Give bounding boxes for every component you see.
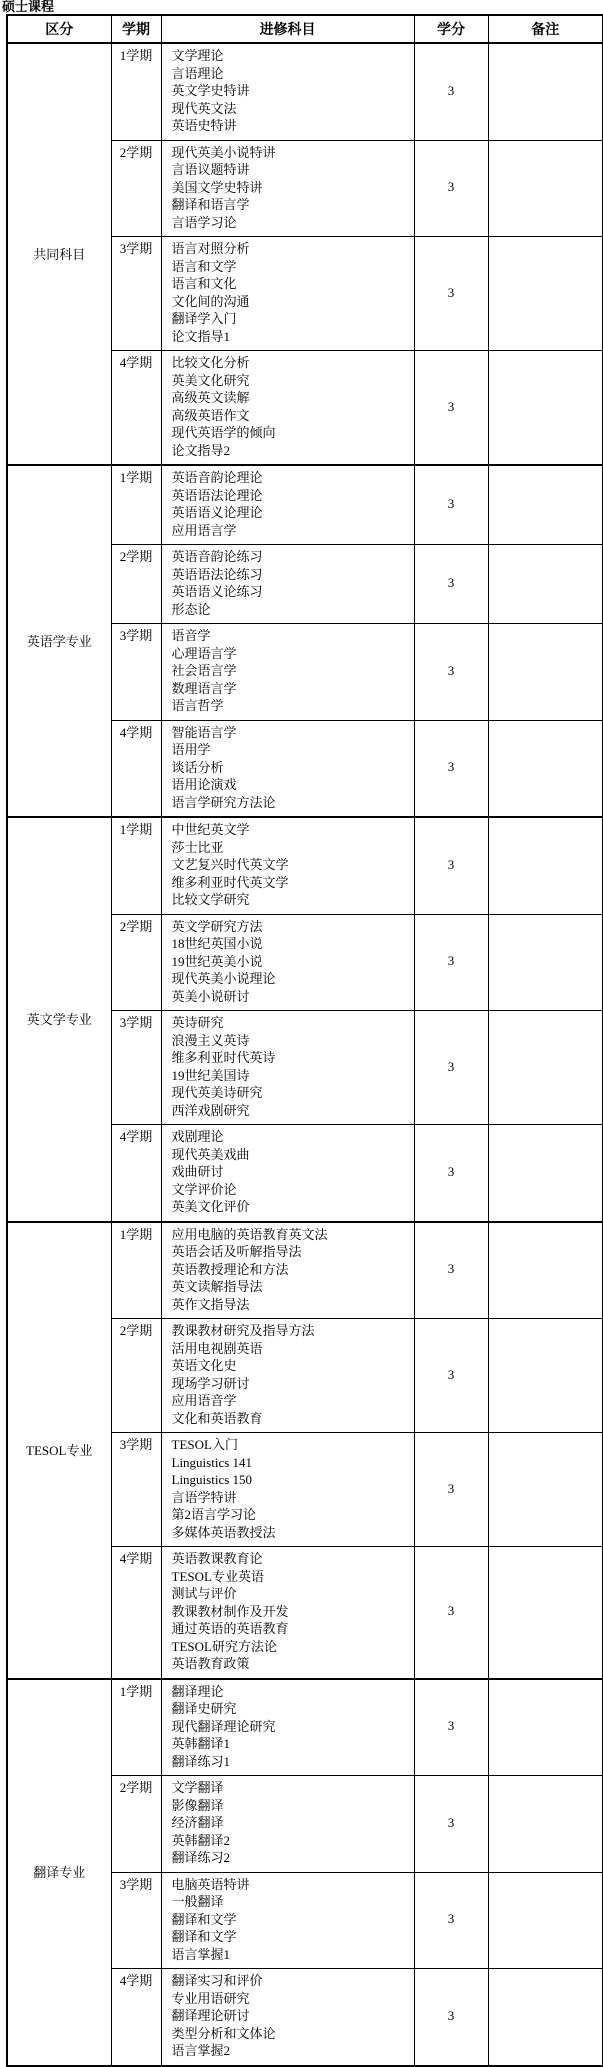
course-line: 社会语言学 (172, 662, 414, 680)
course-line: 论文指导1 (172, 328, 414, 346)
credits-cell: 3 (414, 1547, 488, 1679)
term-cell: 2学期 (111, 1319, 161, 1433)
note-cell (488, 817, 603, 914)
course-line: 智能语言学 (172, 724, 414, 742)
course-line: 文学评价论 (172, 1181, 414, 1199)
course-line: 电脑英语特讲 (172, 1876, 414, 1894)
course-line: 言语议题特讲 (172, 161, 414, 179)
course-line: 19世纪英美小说 (172, 953, 414, 971)
credits-cell: 3 (414, 43, 488, 140)
course-line: 英美小说研讨 (172, 988, 414, 1006)
course-line: 现代英美小说理论 (172, 970, 414, 988)
credits-cell: 3 (414, 1872, 488, 1969)
course-line: 英语教育政策 (172, 1655, 414, 1673)
course-line: 多媒体英语教授法 (172, 1524, 414, 1542)
course-line: 翻译练习1 (172, 1753, 414, 1771)
credits-cell: 3 (414, 914, 488, 1011)
course-line: 英韩翻译1 (172, 1735, 414, 1753)
term-cell: 2学期 (111, 545, 161, 624)
header-cell-courses: 进修科目 (161, 15, 414, 43)
credits-cell: 3 (414, 351, 488, 466)
courses-cell: 比较文化分析英美文化研究高级英文读解高级英语作文现代英语学的倾向论文指导2 (161, 351, 414, 466)
courses-cell: 英语音韵论练习英语语法论练习英语语义论练习形态论 (161, 545, 414, 624)
course-line: 英语语法论练习 (172, 566, 414, 584)
course-line: 英语教授理论和方法 (172, 1261, 414, 1279)
course-line: 英文读解指导法 (172, 1278, 414, 1296)
course-line: 英语会话及听解指导法 (172, 1243, 414, 1261)
course-line: 教课教材制作及开发 (172, 1603, 414, 1621)
term-cell: 4学期 (111, 1125, 161, 1222)
course-line: 戏剧理论 (172, 1128, 414, 1146)
course-line: 谈话分析 (172, 759, 414, 777)
course-line: 现场学习研讨 (172, 1375, 414, 1393)
term-cell: 2学期 (111, 140, 161, 237)
course-line: 比较文化分析 (172, 354, 414, 372)
term-cell: 2学期 (111, 914, 161, 1011)
term-cell: 1学期 (111, 817, 161, 914)
course-line: 现代英美戏曲 (172, 1146, 414, 1164)
note-cell (488, 465, 603, 545)
courses-cell: 戏剧理论现代英美戏曲戏曲研讨文学评价论英美文化评价 (161, 1125, 414, 1222)
course-line: 英语音韵论练习 (172, 548, 414, 566)
course-line: 现代翻译理论研究 (172, 1718, 414, 1736)
course-line: 翻译史研究 (172, 1700, 414, 1718)
course-line: 文学理论 (172, 47, 414, 65)
course-line: 翻译和语言学 (172, 196, 414, 214)
course-line: Linguistics 150 (172, 1471, 414, 1489)
course-line: 应用语言学 (172, 522, 414, 540)
credits-cell: 3 (414, 817, 488, 914)
course-line: 翻译理论 (172, 1683, 414, 1701)
credits-cell: 3 (414, 1679, 488, 1776)
course-line: 英文学史特讲 (172, 82, 414, 100)
courses-cell: 语言对照分析语言和文学语言和文化文化间的沟通翻译学入门论文指导1 (161, 237, 414, 351)
course-line: 类型分析和文体论 (172, 2025, 414, 2043)
course-line: 美国文学史特讲 (172, 179, 414, 197)
term-cell: 1学期 (111, 465, 161, 545)
term-cell: 3学期 (111, 624, 161, 721)
credits-cell: 3 (414, 545, 488, 624)
course-line: 文艺复兴时代英文学 (172, 856, 414, 874)
courses-cell: 翻译理论翻译史研究现代翻译理论研究英韩翻译1翻译练习1 (161, 1679, 414, 1776)
term-cell: 2学期 (111, 1776, 161, 1873)
course-line: 英语语法论理论 (172, 487, 414, 505)
course-line: 英语语义论练习 (172, 583, 414, 601)
course-line: 英语教课教育论 (172, 1550, 414, 1568)
table-row: 翻译专业1学期翻译理论翻译史研究现代翻译理论研究英韩翻译1翻译练习13 (7, 1679, 603, 1776)
course-line: 英文学研究方法 (172, 918, 414, 936)
term-cell: 3学期 (111, 1872, 161, 1969)
header-cell-note: 备注 (488, 15, 603, 43)
note-cell (488, 1222, 603, 1319)
course-line: 高级英文读解 (172, 389, 414, 407)
courses-cell: 现代英美小说特讲言语议题特讲美国文学史特讲翻译和语言学言语学习论 (161, 140, 414, 237)
courses-cell: 文学理论言语理论英文学史特讲现代英文法英语史特讲 (161, 43, 414, 140)
course-line: 语用学 (172, 741, 414, 759)
credits-cell: 3 (414, 624, 488, 721)
header-cell-credits: 学分 (414, 15, 488, 43)
course-line: 英美文化研究 (172, 372, 414, 390)
course-line: 语用论演戏 (172, 776, 414, 794)
table-body: 共同科目1学期文学理论言语理论英文学史特讲现代英文法英语史特讲32学期现代英美小… (7, 43, 603, 2066)
credits-cell: 3 (414, 720, 488, 817)
term-cell: 4学期 (111, 1969, 161, 2066)
courses-cell: TESOL入门Linguistics 141Linguistics 150言语学… (161, 1433, 414, 1547)
header-cell-category: 区分 (7, 15, 111, 43)
table-row: 英语学专业1学期英语音韵论理论英语语法论理论英语语义论理论应用语言学3 (7, 465, 603, 545)
note-cell (488, 1969, 603, 2066)
credits-cell: 3 (414, 237, 488, 351)
courses-cell: 应用电脑的英语教育英文法英语会话及听解指导法英语教授理论和方法英文读解指导法英作… (161, 1222, 414, 1319)
note-cell (488, 1011, 603, 1125)
course-line: 文学翻译 (172, 1779, 414, 1797)
note-cell (488, 1319, 603, 1433)
term-cell: 1学期 (111, 1679, 161, 1776)
course-line: 形态论 (172, 601, 414, 619)
course-line: TESOL研究方法论 (172, 1638, 414, 1656)
course-line: 翻译理论研讨 (172, 2007, 414, 2025)
course-line: 翻译和文学 (172, 1911, 414, 1929)
course-line: 现代英美小说特讲 (172, 144, 414, 162)
course-line: 文化和英语教育 (172, 1410, 414, 1428)
term-cell: 3学期 (111, 237, 161, 351)
course-line: 言语学习论 (172, 214, 414, 232)
credits-cell: 3 (414, 1319, 488, 1433)
note-cell (488, 1433, 603, 1547)
page-title: 硕士课程 (0, 0, 603, 14)
credits-cell: 3 (414, 1776, 488, 1873)
note-cell (488, 624, 603, 721)
course-line: 通过英语的英语教育 (172, 1620, 414, 1638)
course-line: 英美文化评价 (172, 1198, 414, 1216)
courses-cell: 智能语言学语用学谈话分析语用论演戏语言学研究方法论 (161, 720, 414, 817)
credits-cell: 3 (414, 465, 488, 545)
course-line: 语言和文化 (172, 275, 414, 293)
courses-cell: 英语音韵论理论英语语法论理论英语语义论理论应用语言学 (161, 465, 414, 545)
table-row: 英文学专业1学期中世纪英文学莎士比亚文艺复兴时代英文学维多利亚时代英文学比较文学… (7, 817, 603, 914)
course-line: 19世纪美国诗 (172, 1067, 414, 1085)
course-line: 语言学研究方法论 (172, 794, 414, 812)
term-cell: 3学期 (111, 1433, 161, 1547)
course-line: 一般翻译 (172, 1893, 414, 1911)
category-cell: 翻译专业 (7, 1679, 111, 2066)
credits-cell: 3 (414, 1222, 488, 1319)
course-line: 18世纪英国小说 (172, 935, 414, 953)
course-line: 中世纪英文学 (172, 821, 414, 839)
table-row: 共同科目1学期文学理论言语理论英文学史特讲现代英文法英语史特讲3 (7, 43, 603, 140)
credits-cell: 3 (414, 1969, 488, 2066)
courses-cell: 语音学心理语言学社会语言学数理语言学语言哲学 (161, 624, 414, 721)
course-line: 论文指导2 (172, 442, 414, 460)
course-line: 莎士比亚 (172, 839, 414, 857)
header-row: 区分 学期 进修科目 学分 备注 (7, 15, 603, 43)
note-cell (488, 1776, 603, 1873)
category-cell: 英语学专业 (7, 465, 111, 817)
category-cell: 共同科目 (7, 43, 111, 465)
course-line: 言语理论 (172, 65, 414, 83)
course-line: 数理语言学 (172, 680, 414, 698)
course-line: 浪漫主义英诗 (172, 1032, 414, 1050)
course-line: 比较文学研究 (172, 891, 414, 909)
course-line: 戏曲研讨 (172, 1163, 414, 1181)
course-line: 高级英语作文 (172, 407, 414, 425)
course-line: 经济翻译 (172, 1814, 414, 1832)
course-line: 心理语言学 (172, 645, 414, 663)
category-cell: 英文学专业 (7, 817, 111, 1222)
credits-cell: 3 (414, 1011, 488, 1125)
term-cell: 4学期 (111, 1547, 161, 1679)
curriculum-table: 区分 学期 进修科目 学分 备注 共同科目1学期文学理论言语理论英文学史特讲现代… (6, 14, 603, 2067)
note-cell (488, 1125, 603, 1222)
course-line: 翻译练习2 (172, 1849, 414, 1867)
term-cell: 4学期 (111, 351, 161, 466)
note-cell (488, 1872, 603, 1969)
courses-cell: 英诗研究浪漫主义英诗维多利亚时代英诗19世纪美国诗现代英美诗研究西洋戏剧研究 (161, 1011, 414, 1125)
course-line: 翻译学入门 (172, 310, 414, 328)
course-line: 文化间的沟通 (172, 293, 414, 311)
course-line: 现代英美诗研究 (172, 1084, 414, 1102)
note-cell (488, 545, 603, 624)
course-line: 英语史特讲 (172, 117, 414, 135)
courses-cell: 电脑英语特讲一般翻译翻译和文学翻译和文学语言掌握1 (161, 1872, 414, 1969)
page: 硕士课程 区分 学期 进修科目 学分 备注 共同科目1学期文学理论言语理论英文学… (0, 0, 603, 2067)
course-line: 英语文化史 (172, 1357, 414, 1375)
term-cell: 4学期 (111, 720, 161, 817)
course-line: TESOL入门 (172, 1436, 414, 1454)
course-line: 现代英文法 (172, 100, 414, 118)
term-cell: 1学期 (111, 43, 161, 140)
courses-cell: 英文学研究方法18世纪英国小说19世纪英美小说现代英美小说理论英美小说研讨 (161, 914, 414, 1011)
course-line: 第2语言学习论 (172, 1506, 414, 1524)
term-cell: 3学期 (111, 1011, 161, 1125)
note-cell (488, 237, 603, 351)
courses-cell: 文学翻译影像翻译经济翻译英韩翻译2翻译练习2 (161, 1776, 414, 1873)
course-line: 现代英语学的倾向 (172, 424, 414, 442)
credits-cell: 3 (414, 140, 488, 237)
course-line: 语言掌握1 (172, 1946, 414, 1964)
note-cell (488, 1547, 603, 1679)
course-line: 影像翻译 (172, 1797, 414, 1815)
course-line: 应用语音学 (172, 1392, 414, 1410)
course-line: Linguistics 141 (172, 1454, 414, 1472)
course-line: 专业用语研究 (172, 1990, 414, 2008)
course-line: 教课教材研究及指导方法 (172, 1322, 414, 1340)
course-line: 英作文指导法 (172, 1296, 414, 1314)
courses-cell: 英语教课教育论TESOL专业英语测试与评价教课教材制作及开发通过英语的英语教育T… (161, 1547, 414, 1679)
course-line: 语音学 (172, 627, 414, 645)
course-line: 维多利亚时代英诗 (172, 1049, 414, 1067)
course-line: 测试与评价 (172, 1585, 414, 1603)
courses-cell: 教课教材研究及指导方法活用电视剧英语英语文化史现场学习研讨应用语音学文化和英语教… (161, 1319, 414, 1433)
note-cell (488, 720, 603, 817)
note-cell (488, 140, 603, 237)
course-line: 活用电视剧英语 (172, 1340, 414, 1358)
course-line: 应用电脑的英语教育英文法 (172, 1226, 414, 1244)
courses-cell: 中世纪英文学莎士比亚文艺复兴时代英文学维多利亚时代英文学比较文学研究 (161, 817, 414, 914)
course-line: 英诗研究 (172, 1014, 414, 1032)
course-line: 西洋戏剧研究 (172, 1102, 414, 1120)
course-line: 语言对照分析 (172, 240, 414, 258)
course-line: TESOL专业英语 (172, 1568, 414, 1586)
course-line: 英语语义论理论 (172, 504, 414, 522)
course-line: 翻译实习和评价 (172, 1972, 414, 1990)
course-line: 语言哲学 (172, 697, 414, 715)
table-row: TESOL专业1学期应用电脑的英语教育英文法英语会话及听解指导法英语教授理论和方… (7, 1222, 603, 1319)
course-line: 语言掌握2 (172, 2042, 414, 2060)
category-cell: TESOL专业 (7, 1222, 111, 1679)
course-line: 言语学特讲 (172, 1489, 414, 1507)
courses-cell: 翻译实习和评价专业用语研究翻译理论研讨类型分析和文体论语言掌握2 (161, 1969, 414, 2066)
note-cell (488, 1679, 603, 1776)
course-line: 英韩翻译2 (172, 1832, 414, 1850)
course-line: 英语音韵论理论 (172, 469, 414, 487)
course-line: 翻译和文学 (172, 1928, 414, 1946)
note-cell (488, 914, 603, 1011)
credits-cell: 3 (414, 1125, 488, 1222)
term-cell: 1学期 (111, 1222, 161, 1319)
course-line: 维多利亚时代英文学 (172, 874, 414, 892)
note-cell (488, 43, 603, 140)
course-line: 语言和文学 (172, 258, 414, 276)
credits-cell: 3 (414, 1433, 488, 1547)
header-cell-term: 学期 (111, 15, 161, 43)
note-cell (488, 351, 603, 466)
